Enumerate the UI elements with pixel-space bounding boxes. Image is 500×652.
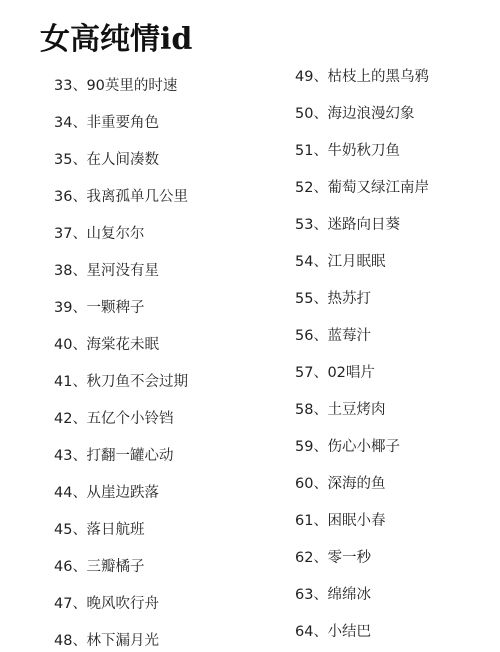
item-number: 53 [295, 214, 313, 236]
list-item: 57、02唱片 [295, 362, 375, 384]
list-item: 47、晚风吹行舟 [54, 593, 159, 615]
item-text: 热苏打 [327, 291, 371, 307]
item-number: 42 [54, 408, 72, 430]
item-separator: 、 [72, 445, 86, 467]
item-separator: 、 [72, 556, 86, 578]
item-separator: 、 [72, 408, 86, 430]
item-text: 一颗稗子 [86, 300, 144, 316]
item-text: 蓝莓汁 [327, 328, 371, 344]
list-item: 64、小结巴 [295, 621, 371, 643]
item-number: 59 [295, 436, 313, 458]
item-number: 50 [295, 103, 313, 125]
item-text: 打翻一罐心动 [86, 448, 173, 464]
list-item: 56、蓝莓汁 [295, 325, 371, 347]
item-separator: 、 [72, 75, 86, 97]
list-item: 45、落日航班 [54, 519, 144, 541]
item-number: 55 [295, 288, 313, 310]
item-number: 35 [54, 149, 72, 171]
item-number: 38 [54, 260, 72, 282]
item-text: 山复尔尔 [86, 226, 144, 242]
item-number: 46 [54, 556, 72, 578]
list-item: 42、五亿个小铃铛 [54, 408, 173, 430]
list-item: 50、海边浪漫幻象 [295, 103, 414, 125]
item-number: 36 [54, 186, 72, 208]
item-number: 34 [54, 112, 72, 134]
item-number: 44 [54, 482, 72, 504]
item-text: 土豆烤肉 [327, 402, 385, 418]
item-text: 江月眠眠 [327, 254, 385, 270]
list-item: 55、热苏打 [295, 288, 371, 310]
list-item: 36、我离孤单几公里 [54, 186, 188, 208]
list-item: 48、林下漏月光 [54, 630, 159, 652]
item-separator: 、 [313, 214, 327, 236]
item-number: 49 [295, 66, 313, 88]
item-separator: 、 [72, 593, 86, 615]
item-number: 47 [54, 593, 72, 615]
item-text: 困眠小春 [327, 513, 385, 529]
item-separator: 、 [72, 223, 86, 245]
item-separator: 、 [313, 436, 327, 458]
item-separator: 、 [313, 621, 327, 643]
item-separator: 、 [72, 297, 86, 319]
item-separator: 、 [313, 66, 327, 88]
item-separator: 、 [313, 399, 327, 421]
item-number: 48 [54, 630, 72, 652]
list-item: 59、伤心小椰子 [295, 436, 400, 458]
item-text: 秋刀鱼不会过期 [86, 374, 188, 390]
item-text: 五亿个小铃铛 [86, 411, 173, 427]
item-separator: 、 [72, 371, 86, 393]
item-text: 绵绵冰 [327, 587, 371, 603]
item-number: 52 [295, 177, 313, 199]
item-number: 57 [295, 362, 313, 384]
list-item: 38、星河没有星 [54, 260, 159, 282]
item-text: 三瓣橘子 [86, 559, 144, 575]
item-separator: 、 [72, 519, 86, 541]
list-item: 39、一颗稗子 [54, 297, 144, 319]
item-number: 51 [295, 140, 313, 162]
item-number: 45 [54, 519, 72, 541]
item-text: 海边浪漫幻象 [327, 106, 414, 122]
item-number: 54 [295, 251, 313, 273]
item-number: 56 [295, 325, 313, 347]
list-item: 51、牛奶秋刀鱼 [295, 140, 400, 162]
item-number: 60 [295, 473, 313, 495]
list-item: 33、90英里的时速 [54, 75, 177, 97]
item-separator: 、 [313, 140, 327, 162]
item-number: 61 [295, 510, 313, 532]
list-item: 49、枯枝上的黑乌鸦 [295, 66, 429, 88]
item-separator: 、 [313, 362, 327, 384]
item-separator: 、 [72, 149, 86, 171]
item-text: 小结巴 [327, 624, 371, 640]
list-item: 62、零一秒 [295, 547, 371, 569]
list-item: 63、绵绵冰 [295, 584, 371, 606]
item-separator: 、 [313, 251, 327, 273]
list-item: 44、从崖边跌落 [54, 482, 159, 504]
list-item: 54、江月眠眠 [295, 251, 385, 273]
item-text: 从崖边跌落 [86, 485, 159, 501]
item-text: 深海的鱼 [327, 476, 385, 492]
item-number: 39 [54, 297, 72, 319]
item-text: 零一秒 [327, 550, 371, 566]
item-text: 牛奶秋刀鱼 [327, 143, 400, 159]
item-number: 43 [54, 445, 72, 467]
item-separator: 、 [313, 177, 327, 199]
list-item: 35、在人间凑数 [54, 149, 159, 171]
item-separator: 、 [72, 186, 86, 208]
list-item: 52、葡萄又绿江南岸 [295, 177, 429, 199]
list-item: 37、山复尔尔 [54, 223, 144, 245]
item-text: 迷路向日葵 [327, 217, 400, 233]
item-number: 58 [295, 399, 313, 421]
item-text: 非重要角色 [86, 115, 159, 131]
item-separator: 、 [313, 103, 327, 125]
item-separator: 、 [72, 112, 86, 134]
list-item: 34、非重要角色 [54, 112, 159, 134]
list-item: 60、深海的鱼 [295, 473, 385, 495]
item-number: 37 [54, 223, 72, 245]
item-separator: 、 [313, 325, 327, 347]
item-separator: 、 [72, 630, 86, 652]
item-text: 落日航班 [86, 522, 144, 538]
item-text: 我离孤单几公里 [86, 189, 188, 205]
item-separator: 、 [313, 473, 327, 495]
item-text: 星河没有星 [86, 263, 159, 279]
item-separator: 、 [313, 584, 327, 606]
item-number: 40 [54, 334, 72, 356]
item-text: 葡萄又绿江南岸 [327, 180, 429, 196]
item-text: 林下漏月光 [86, 633, 159, 649]
item-separator: 、 [313, 547, 327, 569]
list-item: 43、打翻一罐心动 [54, 445, 173, 467]
item-number: 41 [54, 371, 72, 393]
item-separator: 、 [72, 260, 86, 282]
item-text: 伤心小椰子 [327, 439, 400, 455]
list-item: 46、三瓣橘子 [54, 556, 144, 578]
item-text: 在人间凑数 [86, 152, 159, 168]
item-text: 90英里的时速 [86, 78, 177, 94]
list-item: 61、困眠小春 [295, 510, 385, 532]
item-text: 枯枝上的黑乌鸦 [327, 69, 429, 85]
item-text: 海棠花未眠 [86, 337, 159, 353]
item-separator: 、 [72, 334, 86, 356]
item-number: 33 [54, 75, 72, 97]
list-item: 58、土豆烤肉 [295, 399, 385, 421]
list-item: 40、海棠花未眠 [54, 334, 159, 356]
item-separator: 、 [313, 510, 327, 532]
list-item: 41、秋刀鱼不会过期 [54, 371, 188, 393]
item-separator: 、 [313, 288, 327, 310]
item-number: 62 [295, 547, 313, 569]
item-number: 64 [295, 621, 313, 643]
list-item: 53、迷路向日葵 [295, 214, 400, 236]
page-title: 女高纯情id [40, 14, 192, 58]
item-number: 63 [295, 584, 313, 606]
item-text: 晚风吹行舟 [86, 596, 159, 612]
item-separator: 、 [72, 482, 86, 504]
item-text: 02唱片 [327, 365, 374, 381]
